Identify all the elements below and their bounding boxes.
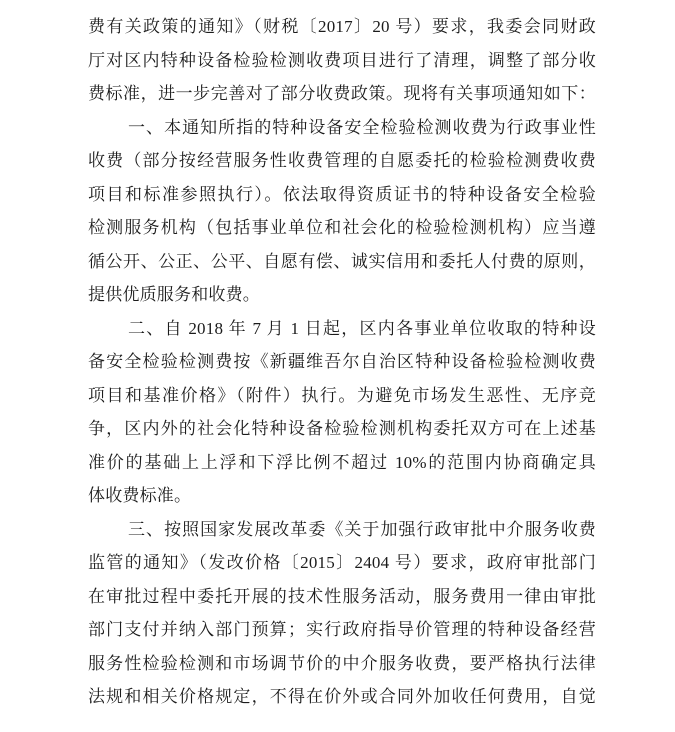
text-line: 法规和相关价格规定，不得在价外或合同外加收任何费用，自觉 [88,680,596,714]
document-text-block: 费有关政策的通知》（财税〔2017〕20 号）要求，我委会同财政厅对区内特种设备… [88,10,596,714]
text-line: 费有关政策的通知》（财税〔2017〕20 号）要求，我委会同财政 [88,10,596,44]
text-line: 部门支付并纳入部门预算；实行政府指导价管理的特种设备经营 [88,613,596,647]
text-line: 一、本通知所指的特种设备安全检验检测收费为行政事业性 [88,111,596,145]
text-line: 循公开、公正、公平、自愿有偿、诚实信用和委托人付费的原则， [88,245,596,279]
text-line: 费标准，进一步完善对了部分收费政策。现将有关事项通知如下： [88,77,596,111]
text-line: 项目和标准参照执行）。依法取得资质证书的特种设备安全检验 [88,178,596,212]
text-line: 争，区内外的社会化特种设备检验检测机构委托双方可在上述基 [88,412,596,446]
text-line: 收费（部分按经营服务性收费管理的自愿委托的检验检测费收费 [88,144,596,178]
text-line: 提供优质服务和收费。 [88,278,596,312]
text-line: 三、按照国家发展改革委《关于加强行政审批中介服务收费 [88,513,596,547]
text-line: 二、自 2018 年 7 月 1 日起，区内各事业单位收取的特种设 [88,312,596,346]
text-line: 备安全检验检测费按《新疆维吾尔自治区特种设备检验检测收费 [88,345,596,379]
text-line: 厅对区内特种设备检验检测收费项目进行了清理，调整了部分收 [88,44,596,78]
text-line: 体收费标准。 [88,479,596,513]
document-page: 费有关政策的通知》（财税〔2017〕20 号）要求，我委会同财政厅对区内特种设备… [0,0,675,732]
text-line: 准价的基础上上浮和下浮比例不超过 10%的范围内协商确定具 [88,446,596,480]
text-line: 检测服务机构（包括事业单位和社会化的检验检测机构）应当遵 [88,211,596,245]
text-line: 项目和基准价格》（附件）执行。为避免市场发生恶性、无序竞 [88,379,596,413]
screenshot-root: { "page": { "background_color": "#ffffff… [0,0,675,732]
text-line: 监管的通知》（发改价格〔2015〕2404 号）要求，政府审批部门 [88,546,596,580]
text-line: 在审批过程中委托开展的技术性服务活动，服务费用一律由审批 [88,580,596,614]
text-line: 服务性检验检测和市场调节价的中介服务收费，要严格执行法律 [88,647,596,681]
